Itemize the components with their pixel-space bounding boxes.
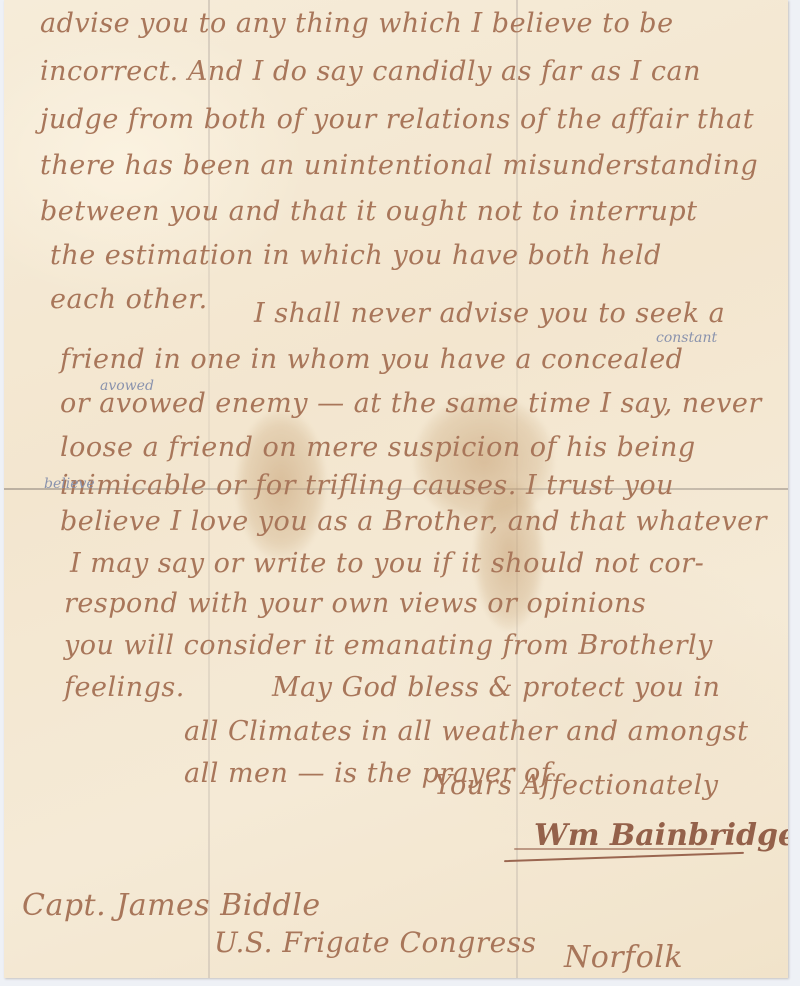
letter-line: I shall never advise you to seek a — [254, 298, 725, 329]
letter-page: advise you to any thing which I believe … — [4, 0, 788, 978]
letter-line: or avowed enemy — at the same time I say… — [60, 388, 762, 419]
letter-line: May God bless & protect you in — [272, 672, 720, 703]
signature-flourish — [514, 848, 714, 850]
letter-line: all Climates in all weather and amongst — [184, 716, 748, 747]
letter-line: between you and that it ought not to int… — [40, 196, 698, 227]
pencil-annotation-constant: constant — [656, 330, 717, 346]
letter-line: advise you to any thing which I believe … — [40, 8, 674, 39]
letter-line: believe I love you as a Brother, and tha… — [60, 506, 767, 537]
closing: Yours Affectionately — [434, 770, 719, 801]
letter-line: friend in one in whom you have a conceal… — [60, 344, 683, 375]
letter-line: inimicable or for trifling causes. I tru… — [60, 470, 674, 501]
pencil-annotation-avowed: avowed — [100, 378, 154, 394]
letter-line: feelings. — [64, 672, 185, 703]
address-line-ship: U.S. Frigate Congress — [214, 926, 536, 959]
letter-line: loose a friend on mere suspicion of his … — [60, 432, 696, 463]
letter-line: judge from both of your relations of the… — [40, 104, 754, 135]
letter-line: the estimation in which you have both he… — [50, 240, 662, 271]
letter-line: each other. — [50, 284, 208, 315]
letter-line: you will consider it emanating from Brot… — [64, 630, 713, 661]
letter-line: respond with your own views or opinions — [64, 588, 646, 619]
address-line-recipient: Capt. James Biddle — [22, 888, 321, 923]
address-line-port: Norfolk — [564, 940, 683, 975]
letter-line: incorrect. And I do say candidly as far … — [40, 56, 701, 87]
letter-line: I may say or write to you if it should n… — [70, 548, 704, 579]
letter-line: there has been an unintentional misunder… — [40, 150, 758, 181]
pencil-annotation-believe: believe — [44, 476, 95, 492]
signature-flourish — [504, 852, 744, 862]
